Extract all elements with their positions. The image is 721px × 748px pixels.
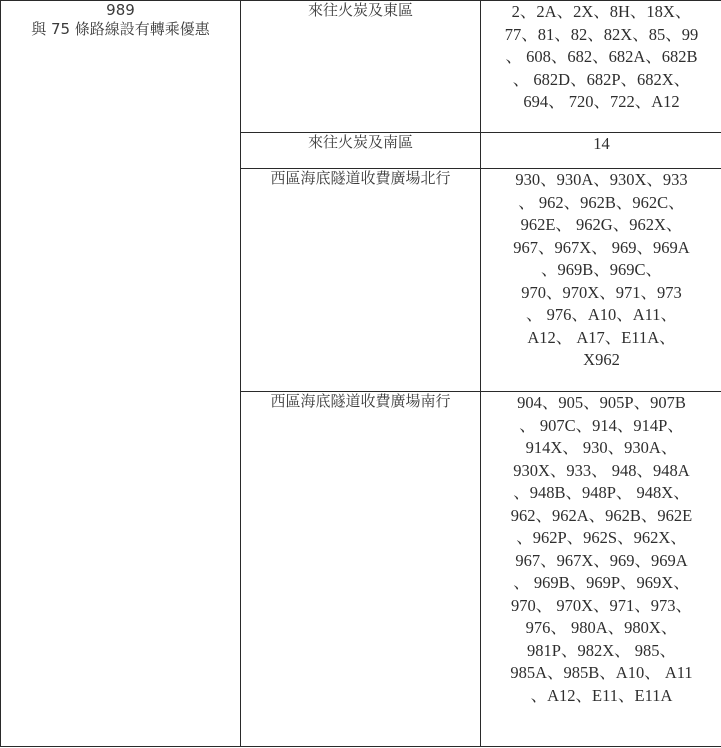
routes-line: 14: [481, 133, 721, 156]
routes-line: 2、2A、2X、8H、18X、: [481, 1, 721, 24]
route-description: 與 75 條路線設有轉乘優惠: [1, 20, 240, 39]
interchange-concession-table: 989 與 75 條路線設有轉乘優惠 來往火炭及東區 2、2A、2X、8H、18…: [0, 0, 721, 747]
direction-label: 西區海底隧道收費廣場南行: [241, 392, 480, 411]
routes-line: 970、970X、971、973: [481, 282, 721, 305]
routes-line: 930X、933、 948、948A: [481, 460, 721, 483]
routes-line: 967、967X、 969、969A: [481, 237, 721, 260]
routes-line: 、 976、A10、A11、: [481, 304, 721, 327]
routes-line: 、A12、E11、E11A: [481, 685, 721, 708]
routes-line: 、969B、969C、: [481, 259, 721, 282]
routes-line: 、 969B、969P、969X、: [481, 572, 721, 595]
routes-line: 、 608、682、682A、682B: [481, 46, 721, 69]
routes-line: A12、 A17、E11A、: [481, 327, 721, 350]
routes-line: 、 907C、914、914P、: [481, 415, 721, 438]
routes-line: 、962P、962S、962X、: [481, 527, 721, 550]
routes-line: 976、 980A、980X、: [481, 617, 721, 640]
direction-label: 來往火炭及東區: [241, 1, 480, 20]
direction-label: 西區海底隧道收費廣場北行: [241, 169, 480, 188]
routes-cell: 14: [481, 133, 721, 169]
routes-line: 914X、 930、930A、: [481, 437, 721, 460]
routes-line: 、 682D、682P、682X、: [481, 69, 721, 92]
routes-line: 、 962、962B、962C、: [481, 192, 721, 215]
routes-line: X962: [481, 349, 721, 372]
routes-line: 962、962A、962B、962E: [481, 505, 721, 528]
routes-line: 962E、 962G、962X、: [481, 214, 721, 237]
routes-line: 985A、985B、A10、 A11: [481, 662, 721, 685]
direction-cell: 來往火炭及南區: [241, 133, 481, 169]
routes-line: 77、81、82、82X、85、99: [481, 24, 721, 47]
direction-cell: 西區海底隧道收費廣場北行: [241, 169, 481, 392]
routes-line: 694、 720、722、A12: [481, 91, 721, 114]
route-number: 989: [1, 1, 240, 20]
routes-line: 970、 970X、971、973、: [481, 595, 721, 618]
routes-line: 967、967X、969、969A: [481, 550, 721, 573]
routes-line: 981P、982X、 985、: [481, 640, 721, 663]
direction-cell: 西區海底隧道收費廣場南行: [241, 392, 481, 747]
table-row: 989 與 75 條路線設有轉乘優惠 來往火炭及東區 2、2A、2X、8H、18…: [1, 1, 721, 133]
routes-cell: 930、930A、930X、933 、 962、962B、962C、 962E、…: [481, 169, 721, 392]
routes-line: 930、930A、930X、933: [481, 169, 721, 192]
routes-line: 904、905、905P、907B: [481, 392, 721, 415]
routes-line: 、948B、948P、 948X、: [481, 482, 721, 505]
routes-cell: 2、2A、2X、8H、18X、 77、81、82、82X、85、99 、 608…: [481, 1, 721, 133]
direction-cell: 來往火炭及東區: [241, 1, 481, 133]
route-header-cell: 989 與 75 條路線設有轉乘優惠: [1, 1, 241, 747]
routes-cell: 904、905、905P、907B 、 907C、914、914P、 914X、…: [481, 392, 721, 747]
direction-label: 來往火炭及南區: [241, 133, 480, 152]
